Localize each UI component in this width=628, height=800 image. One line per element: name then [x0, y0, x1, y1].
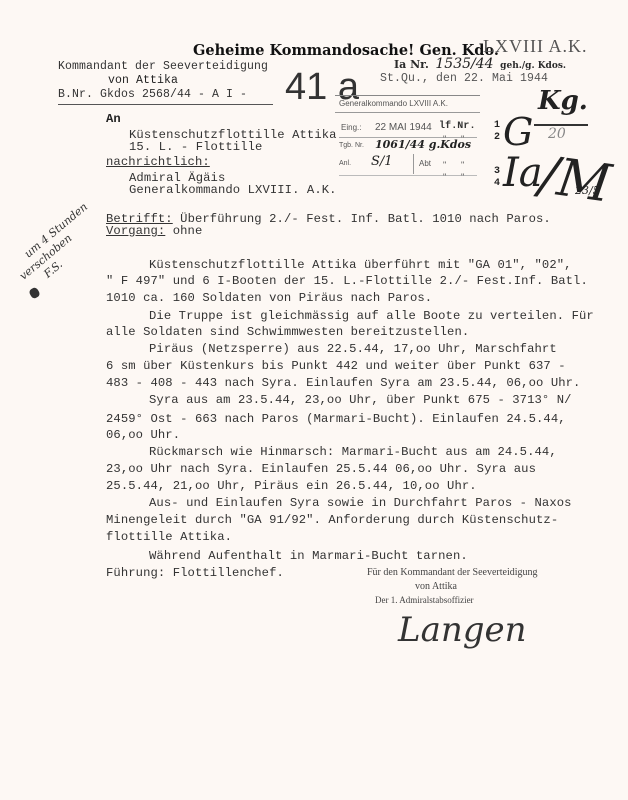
cc-2: Generalkommando LXVIII. A.K. — [129, 183, 337, 197]
ia-ref-suffix: geh./g. Kdos. — [500, 61, 566, 71]
handwritten-paraph: /M — [536, 145, 614, 214]
signature-line3: Der 1. Admiralstabsoffizier — [375, 595, 474, 605]
left-margin-note: um 4 Stunden verschoben F.S. — [8, 200, 109, 294]
body-line: 483 - 408 - 443 nach Syra. Einlaufen Syr… — [106, 376, 580, 390]
sender-line1: Kommandant der Seeverteidigung — [58, 60, 268, 73]
copy-number-1: 1 — [494, 120, 500, 131]
ia-ref-handwritten: 1535/44 — [435, 56, 493, 72]
copy-number-4: 4 — [494, 178, 500, 189]
stamp-title: Generalkommando LXVIII A.K. — [339, 99, 448, 108]
body-line: Küstenschutzflottille Attika überführt m… — [149, 258, 572, 272]
addressee-2: 15. L. - Flottille — [129, 140, 262, 154]
body-line: 25.5.44, 21,oo Uhr, Piräus ein 26.5.44, … — [106, 479, 477, 493]
body-line: Während Aufenthalt in Marmari-Bucht tarn… — [149, 549, 468, 563]
body-line: 2459° Ost - 663 nach Paros (Marmari-Buch… — [106, 412, 566, 426]
body-line: 1010 ca. 160 Soldaten von Piräus nach Pa… — [106, 291, 432, 305]
signature-line1: Für den Kommandant der Seeverteidigung — [367, 567, 538, 578]
stamp-ditto-5: " — [443, 172, 446, 182]
sender-reference: B.Nr. Gkdos 2568/44 - A I - — [58, 88, 247, 101]
signature-line2: von Attika — [415, 581, 457, 592]
body-line: alle Soldaten sind Schwimmwesten bereitz… — [106, 325, 469, 339]
place-and-date: St.Qu., den 22. Mai 1944 — [380, 72, 548, 85]
ia-reference: Ia Nr. 1535/44 geh./g. Kdos. — [394, 56, 566, 72]
stamp-tgb-label: Tgb. Nr. — [339, 142, 364, 149]
handwritten-initials-sub: 20 — [548, 126, 566, 142]
body-line: " F 497" und 6 I-Booten der 15. L.-Flott… — [106, 274, 588, 288]
body-line: Piräus (Netzsperre) aus 22.5.44, 17,oo U… — [149, 342, 557, 356]
stamp-ditto-1: " — [443, 134, 446, 144]
stamp-tgb-value: 1061/44 g.Kdos — [375, 138, 471, 151]
body-line: flottille Attika. — [106, 530, 232, 544]
stamp-anl-value: S/1 — [371, 154, 393, 169]
body-line: Führung: Flottillenchef. — [106, 566, 284, 580]
stamp-anl-label: Anl. — [339, 160, 351, 167]
body-line: Syra aus am 23.5.44, 23,oo Uhr, über Pun… — [149, 393, 572, 407]
addressee-label: An — [106, 112, 121, 126]
handwritten-mark-ia: Ia — [503, 150, 543, 196]
body-line: Minengeleit durch "GA 91/92". Anforderun… — [106, 513, 558, 527]
handwritten-signature: Langen — [398, 610, 527, 650]
corps-stamp: LXVIII A.K. — [483, 36, 587, 57]
stamp-ditto-2: " — [461, 134, 464, 144]
copy-number-3: 3 — [494, 166, 500, 177]
reference-label: Vorgang: — [106, 224, 165, 238]
body-line: Rückmarsch wie Hinmarsch: Marmari-Bucht … — [149, 445, 557, 459]
ia-ref-prefix: Ia Nr. — [394, 58, 429, 71]
stamp-ditto-3: " — [443, 160, 446, 170]
stamp-ditto-4: " — [461, 160, 464, 170]
body-line: 23,oo Uhr nach Syra. Einlaufen 25.5.44 0… — [106, 462, 536, 476]
sender-line2: von Attika — [108, 74, 178, 87]
reference-line: Vorgang: ohne — [106, 224, 202, 238]
handwritten-mark-g: G — [503, 110, 533, 154]
body-line: Die Truppe ist gleichmässig auf alle Boo… — [149, 309, 594, 323]
reference-text: ohne — [173, 224, 203, 238]
handwritten-paraph-date: 23/5 — [575, 184, 600, 197]
stamp-ditto-6: " — [461, 172, 464, 182]
body-line: 06,oo Uhr. — [106, 428, 180, 442]
sender-underline — [58, 104, 273, 105]
stamp-eing-label: Eing.: — [341, 123, 361, 132]
receipt-stamp: Generalkommando LXVIII A.K. Eing.: 22 MA… — [335, 95, 480, 178]
stamp-eing-date: 22 MAI 1944 — [375, 122, 432, 133]
handwritten-initials: Kg. — [538, 86, 588, 116]
cc-label: nachrichtlich: — [106, 155, 210, 169]
copy-number-2: 2 — [494, 132, 500, 143]
subject-text: Überführung 2./- Fest. Inf. Batl. 1010 n… — [180, 212, 551, 226]
body-line: 6 sm über Küstenkurs bis Punkt 442 und w… — [106, 359, 566, 373]
body-line: Aus- und Einlaufen Syra sowie in Durchfa… — [149, 496, 572, 510]
stamp-lfd-label: lf.Nr. — [439, 121, 476, 132]
stamp-abt-label: Abt — [419, 159, 431, 168]
